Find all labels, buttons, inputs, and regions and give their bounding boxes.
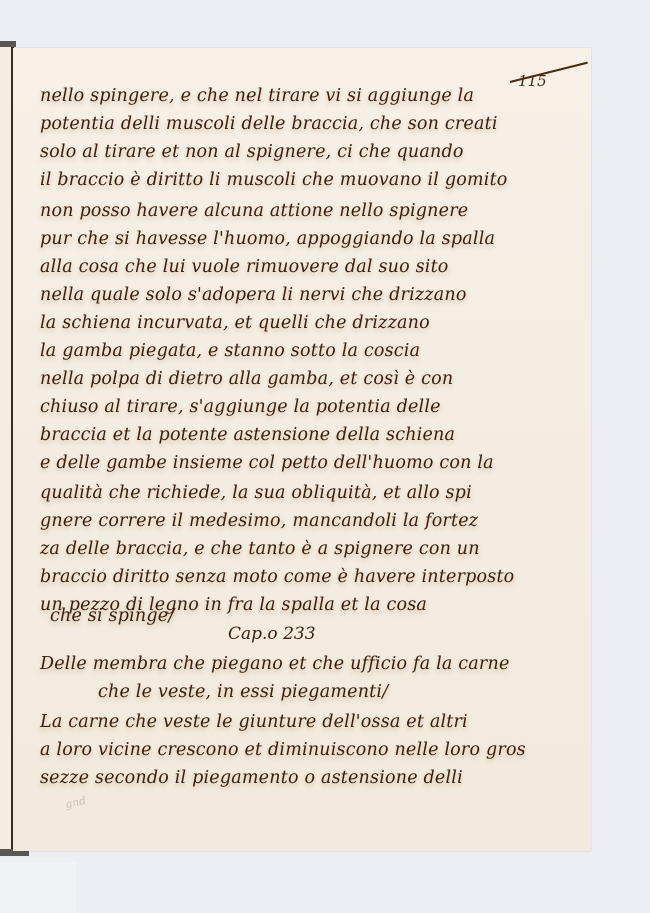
manuscript-page: 115 nello spingere, e che nel tirare vi … — [13, 48, 591, 851]
text-line: La carne che veste le giunture dell'ossa… — [40, 712, 468, 732]
text-line: nello spingere, e che nel tirare vi si a… — [40, 86, 474, 106]
text-line: solo al tirare et non al spignere, ci ch… — [40, 142, 464, 162]
text-line: il braccio è diritto li muscoli che muov… — [40, 170, 508, 190]
text-line: nella polpa di dietro alla gamba, et cos… — [40, 369, 453, 389]
chapter-heading: Cap.o 233 — [228, 624, 316, 644]
text-line: alla cosa che lui vuole rimuovere dal su… — [40, 257, 449, 277]
text-line: braccia et la potente astensione della s… — [40, 425, 455, 445]
text-line: non posso havere alcuna attione nello sp… — [40, 201, 468, 221]
text-line: sezze secondo il piegamento o astensione… — [40, 768, 463, 788]
text-line: a loro vicine crescono et diminuiscono n… — [40, 740, 526, 760]
text-line: gnere correre il medesimo, mancandoli la… — [40, 511, 478, 531]
text-line: chiuso al tirare, s'aggiunge la potentia… — [40, 397, 441, 417]
spine-cap-top — [0, 41, 16, 47]
text-line: la schiena incurvata, et quelli che driz… — [40, 313, 430, 333]
chapter-title-line: Delle membra che piegano et che ufficio … — [40, 654, 510, 674]
book-spine-edge — [0, 42, 14, 854]
text-line: qualità che richiede, la sua obliquità, … — [40, 483, 472, 503]
chapter-title-line: che le veste, in essi piegamenti/ — [98, 682, 388, 702]
text-line: la gamba piegata, e stanno sotto la cosc… — [40, 341, 420, 361]
text-line: nella quale solo s'adopera li nervi che … — [40, 285, 467, 305]
underlying-sheet — [0, 862, 76, 913]
text-line: pur che si havesse l'huomo, appoggiando … — [40, 229, 495, 249]
text-line: e delle gambe insieme col petto dell'huo… — [40, 453, 494, 473]
text-line: za delle braccia, e che tanto è a spigne… — [40, 539, 480, 559]
text-line: potentia delli muscoli delle braccia, ch… — [40, 114, 498, 134]
text-line-last: che si spinge/ — [50, 606, 174, 626]
text-line: braccio diritto senza moto come è havere… — [40, 567, 514, 587]
